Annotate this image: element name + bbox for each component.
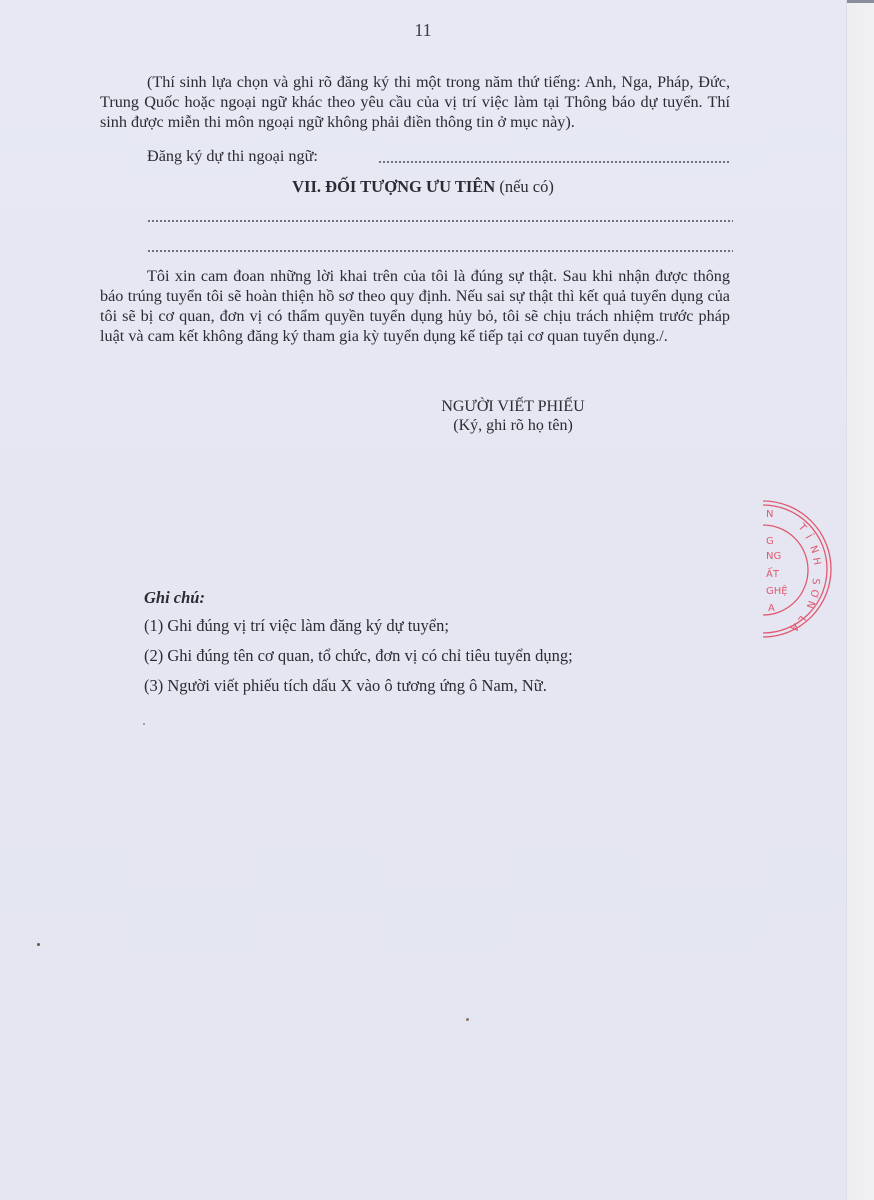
- page-number: 11: [0, 20, 846, 41]
- svg-text:T: T: [795, 521, 809, 534]
- document-page: 11 (Thí sinh lựa chọn và ghi rõ đăng ký …: [0, 0, 846, 1200]
- scan-speck: [37, 943, 40, 946]
- signer-title: NGƯỜI VIẾT PHIẾU: [420, 398, 606, 416]
- svg-text:Ỉ: Ỉ: [802, 532, 816, 542]
- language-registration-label: Đăng ký dự thi ngoại ngữ:: [147, 147, 318, 166]
- scan-edge-shadow: [847, 0, 874, 3]
- language-instruction-paragraph: (Thí sinh lựa chọn và ghi rõ đăng ký thi…: [100, 72, 730, 132]
- section-vii-heading: VII. ĐỐI TƯỢNG ƯU TIÊN (nếu có): [0, 177, 846, 197]
- section-vii-suffix: (nếu có): [499, 177, 554, 196]
- signer-hint: (Ký, ghi rõ họ tên): [420, 417, 606, 435]
- priority-field-line-2[interactable]: [147, 250, 733, 252]
- scan-speck: [466, 1018, 469, 1021]
- svg-text:N: N: [807, 544, 820, 555]
- svg-text:G: G: [766, 536, 774, 547]
- svg-text:S: S: [809, 578, 821, 585]
- scan-edge-strip: [846, 0, 874, 1200]
- language-instruction-text: (Thí sinh lựa chọn và ghi rõ đăng ký thi…: [100, 72, 730, 132]
- declaration-text: Tôi xin cam đoan những lời khai trên của…: [100, 266, 730, 346]
- notes-title: Ghi chú:: [144, 588, 573, 608]
- svg-text:H: H: [810, 557, 822, 566]
- priority-field-line-1[interactable]: [147, 220, 733, 222]
- stamp-seal-icon: N G NG ẤT GHỆ A T Ỉ N H S Ơ N L A: [700, 497, 840, 642]
- svg-text:A: A: [768, 603, 775, 614]
- svg-text:ẤT: ẤT: [766, 566, 780, 580]
- official-stamp: N G NG ẤT GHỆ A T Ỉ N H S Ơ N L A: [700, 497, 840, 642]
- svg-text:N: N: [766, 509, 773, 520]
- declaration-paragraph: Tôi xin cam đoan những lời khai trên của…: [100, 266, 730, 346]
- scan-speck: [143, 723, 145, 725]
- language-registration-field[interactable]: [378, 161, 730, 163]
- notes-section: Ghi chú: (1) Ghi đúng vị trí việc làm đă…: [144, 588, 573, 706]
- svg-text:GHỆ: GHỆ: [766, 584, 788, 597]
- svg-text:N: N: [804, 599, 817, 610]
- note-item: (2) Ghi đúng tên cơ quan, tổ chức, đơn v…: [144, 646, 573, 666]
- svg-text:NG: NG: [766, 551, 781, 562]
- note-item: (3) Người viết phiếu tích dấu X vào ô tư…: [144, 676, 573, 696]
- note-item: (1) Ghi đúng vị trí việc làm đăng ký dự …: [144, 616, 573, 636]
- svg-text:Ơ: Ơ: [807, 588, 819, 599]
- section-vii-title: VII. ĐỐI TƯỢNG ƯU TIÊN: [292, 177, 495, 196]
